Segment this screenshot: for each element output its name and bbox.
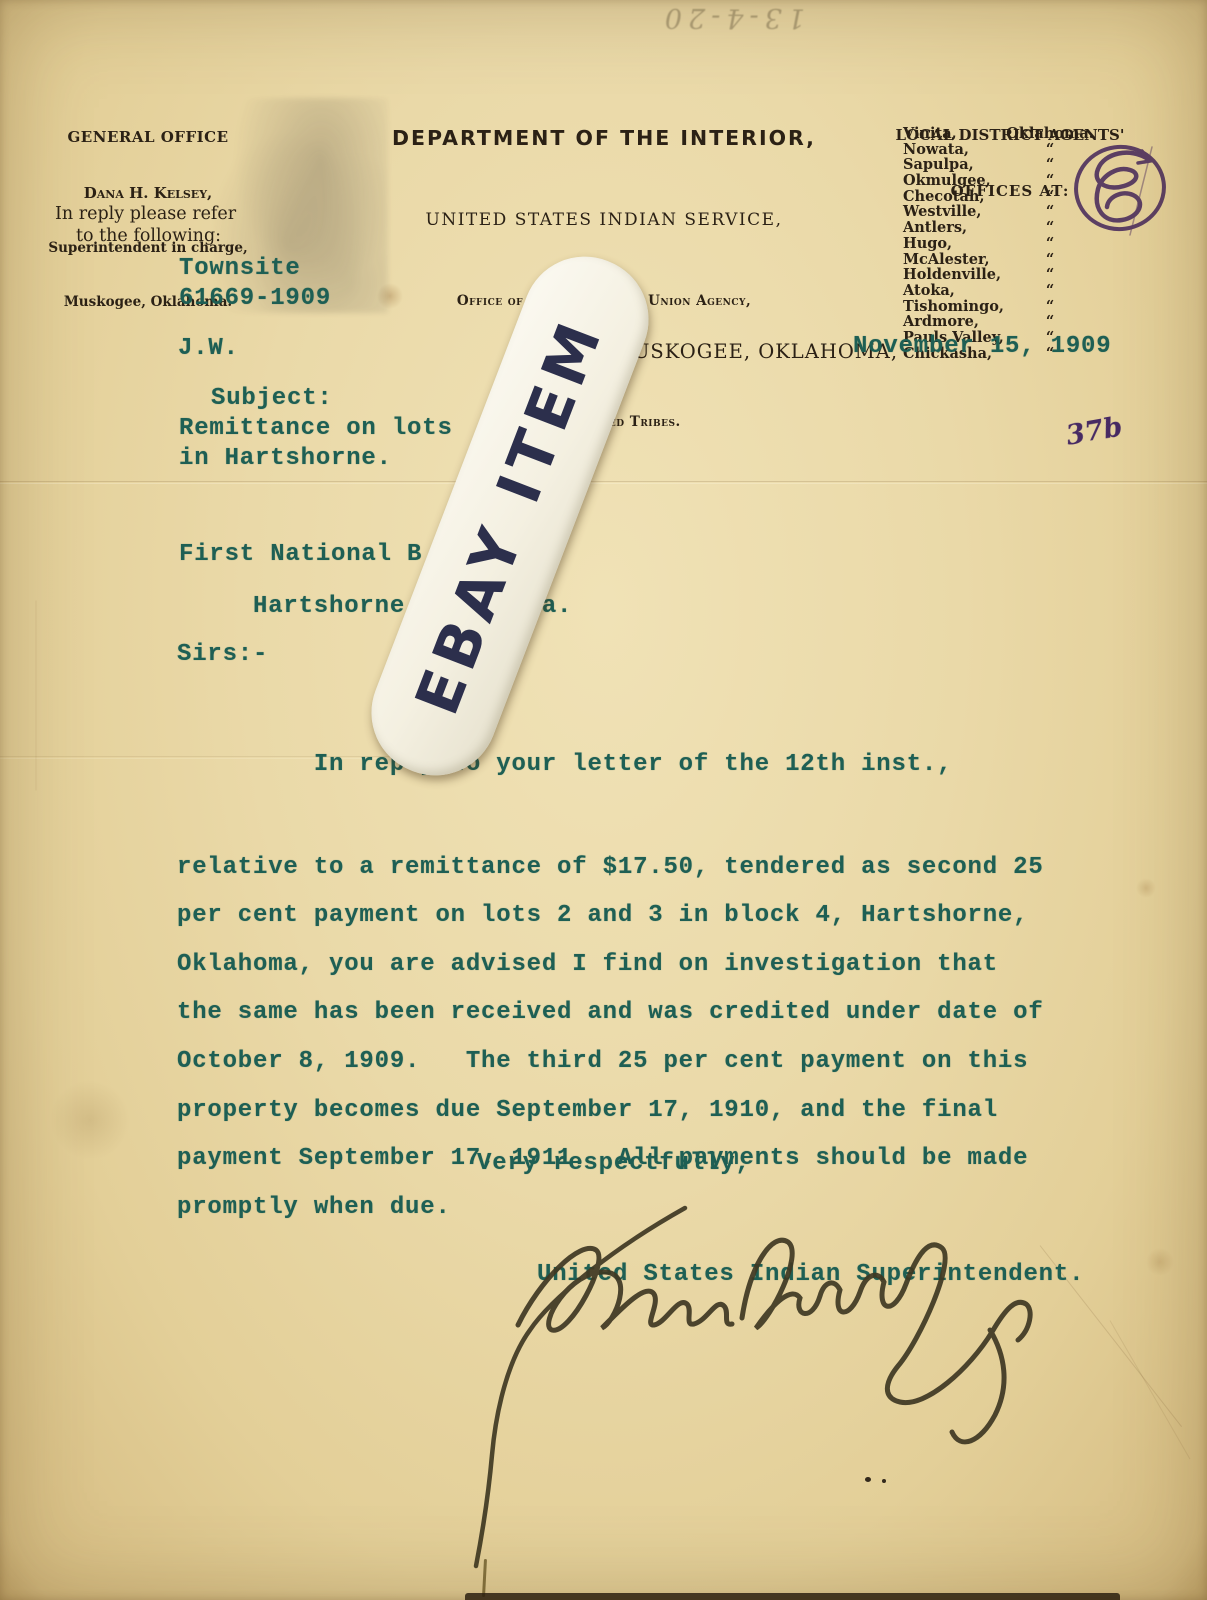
agent-town-row: Tishomingo, “	[903, 299, 1097, 315]
agent-town-row: Ardmore, “	[903, 314, 1097, 330]
purple-scribble-note: 37b	[1064, 411, 1125, 451]
town-name: Holdenville,	[903, 267, 1003, 283]
town-state: “	[1003, 267, 1097, 283]
town-name: Atoka,	[903, 283, 1003, 299]
town-name: Hugo,	[903, 236, 1003, 252]
pencil-note: 13-4-20	[585, 2, 805, 33]
department-title: DEPARTMENT OF THE INTERIOR,	[370, 126, 838, 150]
town-name: Tishomingo,	[903, 299, 1003, 315]
town-name: Vinita,	[903, 126, 1003, 142]
agent-town-row: Holdenville, “	[903, 267, 1097, 283]
town-name: Sapulpa,	[903, 157, 1003, 173]
officer-name: Dana H. Kelsey,	[23, 184, 273, 202]
scan-edge-shadow	[465, 1593, 1120, 1600]
town-state: “	[1003, 299, 1097, 315]
body-line: relative to a remittance of $17.50, tend…	[177, 853, 1044, 902]
town-name: Nowata,	[903, 142, 1003, 158]
dateline-date: November 15, 1909	[853, 333, 1111, 360]
townsite-label: Townsite	[179, 255, 301, 282]
town-name: McAlester,	[903, 252, 1003, 268]
recipient-line1: First National B	[179, 541, 422, 568]
purple-monogram-stamp	[1060, 135, 1190, 245]
town-name: Checotah,	[903, 189, 1003, 205]
diagonal-crease	[1110, 1320, 1191, 1459]
subject-line2: in Hartshorne.	[179, 445, 392, 472]
reply-note-line2: to the following:	[76, 226, 221, 246]
scanned-letter-page: 13-4-20 GENERAL OFFICE Dana H. Kelsey, S…	[0, 0, 1207, 1600]
town-name: Ardmore,	[903, 314, 1003, 330]
agent-town-row: McAlester, “	[903, 252, 1097, 268]
subject-line1: Remittance on lots	[179, 415, 453, 442]
town-name: Okmulgee,	[903, 173, 1003, 189]
vertical-crease	[36, 601, 37, 791]
townsite-number: 61669-1909	[179, 285, 331, 312]
horizontal-crease	[0, 481, 1207, 484]
body-line: October 8, 1909. The third 25 per cent p…	[177, 1047, 1044, 1096]
town-name: Westville,	[903, 204, 1003, 220]
signature-dana-h-kelsey	[430, 1170, 1110, 1590]
body-line: the same has been received and was credi…	[177, 998, 1044, 1047]
town-name: Antlers,	[903, 220, 1003, 236]
town-state: “	[1003, 252, 1097, 268]
clerk-initials: J.W.	[178, 335, 239, 362]
town-state: “	[1003, 283, 1097, 299]
subject-label: Subject:	[211, 385, 333, 412]
general-office-title: GENERAL OFFICE	[23, 128, 273, 146]
agent-town-row: Atoka, “	[903, 283, 1097, 299]
reply-note-line1: In reply please refer	[55, 204, 236, 224]
town-state: “	[1003, 314, 1097, 330]
salutation: Sirs:-	[177, 641, 268, 668]
service-title: UNITED STATES INDIAN SERVICE,	[370, 210, 838, 230]
body-line: In reply to your letter of the 12th inst…	[177, 750, 1044, 799]
body-line: property becomes due September 17, 1910,…	[177, 1096, 1044, 1145]
body-line: Oklahoma, you are advised I find on inve…	[177, 950, 1044, 999]
body-line: per cent payment on lots 2 and 3 in bloc…	[177, 901, 1044, 950]
